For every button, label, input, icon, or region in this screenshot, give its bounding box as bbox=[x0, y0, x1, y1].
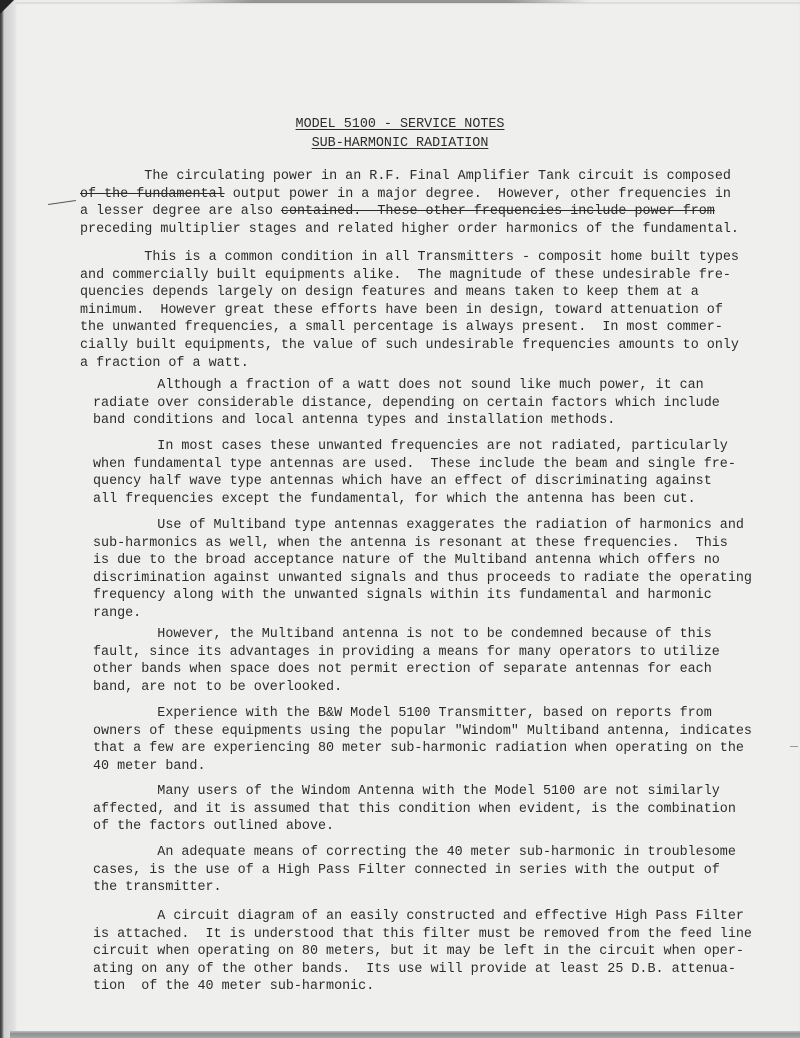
text-line: cases, is the use of a High Pass Filter … bbox=[93, 862, 736, 880]
text-line: circuit when operating on 80 meters, but… bbox=[93, 943, 752, 961]
text-line: of the factors outlined above. bbox=[93, 818, 736, 836]
paragraph: This is a common condition in all Transm… bbox=[80, 249, 739, 372]
text-line: all frequencies except the fundamental, … bbox=[93, 491, 736, 509]
text-line: band conditions and local antenna types … bbox=[93, 412, 720, 430]
text-line: other bands when space does not permit e… bbox=[93, 661, 720, 679]
text-line: range. bbox=[93, 605, 752, 623]
text-line: In most cases these unwanted frequencies… bbox=[93, 438, 736, 456]
text-line: quency half wave type antennas which hav… bbox=[93, 473, 736, 491]
scan-top-shadow bbox=[170, 0, 590, 3]
paragraph: Although a fraction of a watt does not s… bbox=[93, 377, 720, 430]
text-line: owners of these equipments using the pop… bbox=[93, 723, 752, 741]
text-line: However, the Multiband antenna is not to… bbox=[93, 626, 720, 644]
paragraph: Experience with the B&W Model 5100 Trans… bbox=[93, 705, 752, 775]
text-line: The circulating power in an R.F. Final A… bbox=[80, 168, 739, 186]
scan-left-edge bbox=[0, 0, 16, 1038]
text-line: fault, since its advantages in providing… bbox=[93, 644, 720, 662]
text-line: and commercially built equipments alike.… bbox=[80, 267, 739, 285]
text-line: Use of Multiband type antennas exaggerat… bbox=[93, 517, 752, 535]
paragraph: A circuit diagram of an easily construct… bbox=[93, 908, 752, 996]
paragraph: However, the Multiband antenna is not to… bbox=[93, 626, 720, 696]
text-line: that a few are experiencing 80 meter sub… bbox=[93, 740, 752, 758]
text-line: An adequate means of correcting the 40 m… bbox=[93, 844, 736, 862]
text-line: when fundamental type antennas are used.… bbox=[93, 456, 736, 474]
text-line: Many users of the Windom Antenna with th… bbox=[93, 783, 736, 801]
paragraph: The circulating power in an R.F. Final A… bbox=[80, 168, 739, 238]
document-subtitle: SUB-HARMONIC RADIATION bbox=[0, 136, 800, 151]
text-line: sub-harmonics as well, when the antenna … bbox=[93, 535, 752, 553]
text-line: is due to the broad acceptance nature of… bbox=[93, 552, 752, 570]
title-line-1: MODEL 5100 - SERVICE NOTES bbox=[296, 117, 505, 132]
scanned-page: MODEL 5100 - SERVICE NOTES SUB-HARMONIC … bbox=[0, 0, 800, 1038]
document-title: MODEL 5100 - SERVICE NOTES bbox=[0, 117, 800, 132]
text-line: affected, and it is assumed that this co… bbox=[93, 801, 736, 819]
text-line: the unwanted frequencies, a small percen… bbox=[80, 319, 739, 337]
text-line: A circuit diagram of an easily construct… bbox=[93, 908, 752, 926]
text-line: discrimination against unwanted signals … bbox=[93, 570, 752, 588]
text-line: of the fundamental output power in a maj… bbox=[80, 186, 739, 204]
text-line: 40 meter band. bbox=[93, 758, 752, 776]
text-line: cially built equipments, the value of su… bbox=[80, 337, 739, 355]
paragraph: In most cases these unwanted frequencies… bbox=[93, 438, 736, 508]
text-line: the transmitter. bbox=[93, 879, 736, 897]
paragraph: Many users of the Windom Antenna with th… bbox=[93, 783, 736, 836]
text-line: minimum. However great these efforts hav… bbox=[80, 302, 739, 320]
text-line: a fraction of a watt. bbox=[80, 355, 739, 373]
text-line: preceding multiplier stages and related … bbox=[80, 221, 739, 239]
text-line: is attached. It is understood that this … bbox=[93, 926, 752, 944]
paragraph: Use of Multiband type antennas exaggerat… bbox=[93, 517, 752, 623]
title-line-2: SUB-HARMONIC RADIATION bbox=[312, 136, 489, 151]
scan-bottom-shadow bbox=[10, 1031, 800, 1038]
text-line: Experience with the B&W Model 5100 Trans… bbox=[93, 705, 752, 723]
struck-text: contained. These other frequencies inclu… bbox=[281, 204, 715, 219]
text-line: radiate over considerable distance, depe… bbox=[93, 395, 720, 413]
text-line: a lesser degree are also contained. Thes… bbox=[80, 203, 739, 221]
text-line: quencies depends largely on design featu… bbox=[80, 284, 739, 302]
text-line: This is a common condition in all Transm… bbox=[80, 249, 739, 267]
text-line: band, are not to be overlooked. bbox=[93, 679, 720, 697]
text-line: tion of the 40 meter sub-harmonic. bbox=[93, 978, 752, 996]
pen-struck-text: of the fundamental bbox=[80, 187, 225, 202]
margin-tick-mark bbox=[790, 746, 798, 747]
text-line: ating on any of the other bands. Its use… bbox=[93, 961, 752, 979]
paragraph: An adequate means of correcting the 40 m… bbox=[93, 844, 736, 897]
text-line: Although a fraction of a watt does not s… bbox=[93, 377, 720, 395]
text-line: frequency along with the unwanted signal… bbox=[93, 587, 752, 605]
